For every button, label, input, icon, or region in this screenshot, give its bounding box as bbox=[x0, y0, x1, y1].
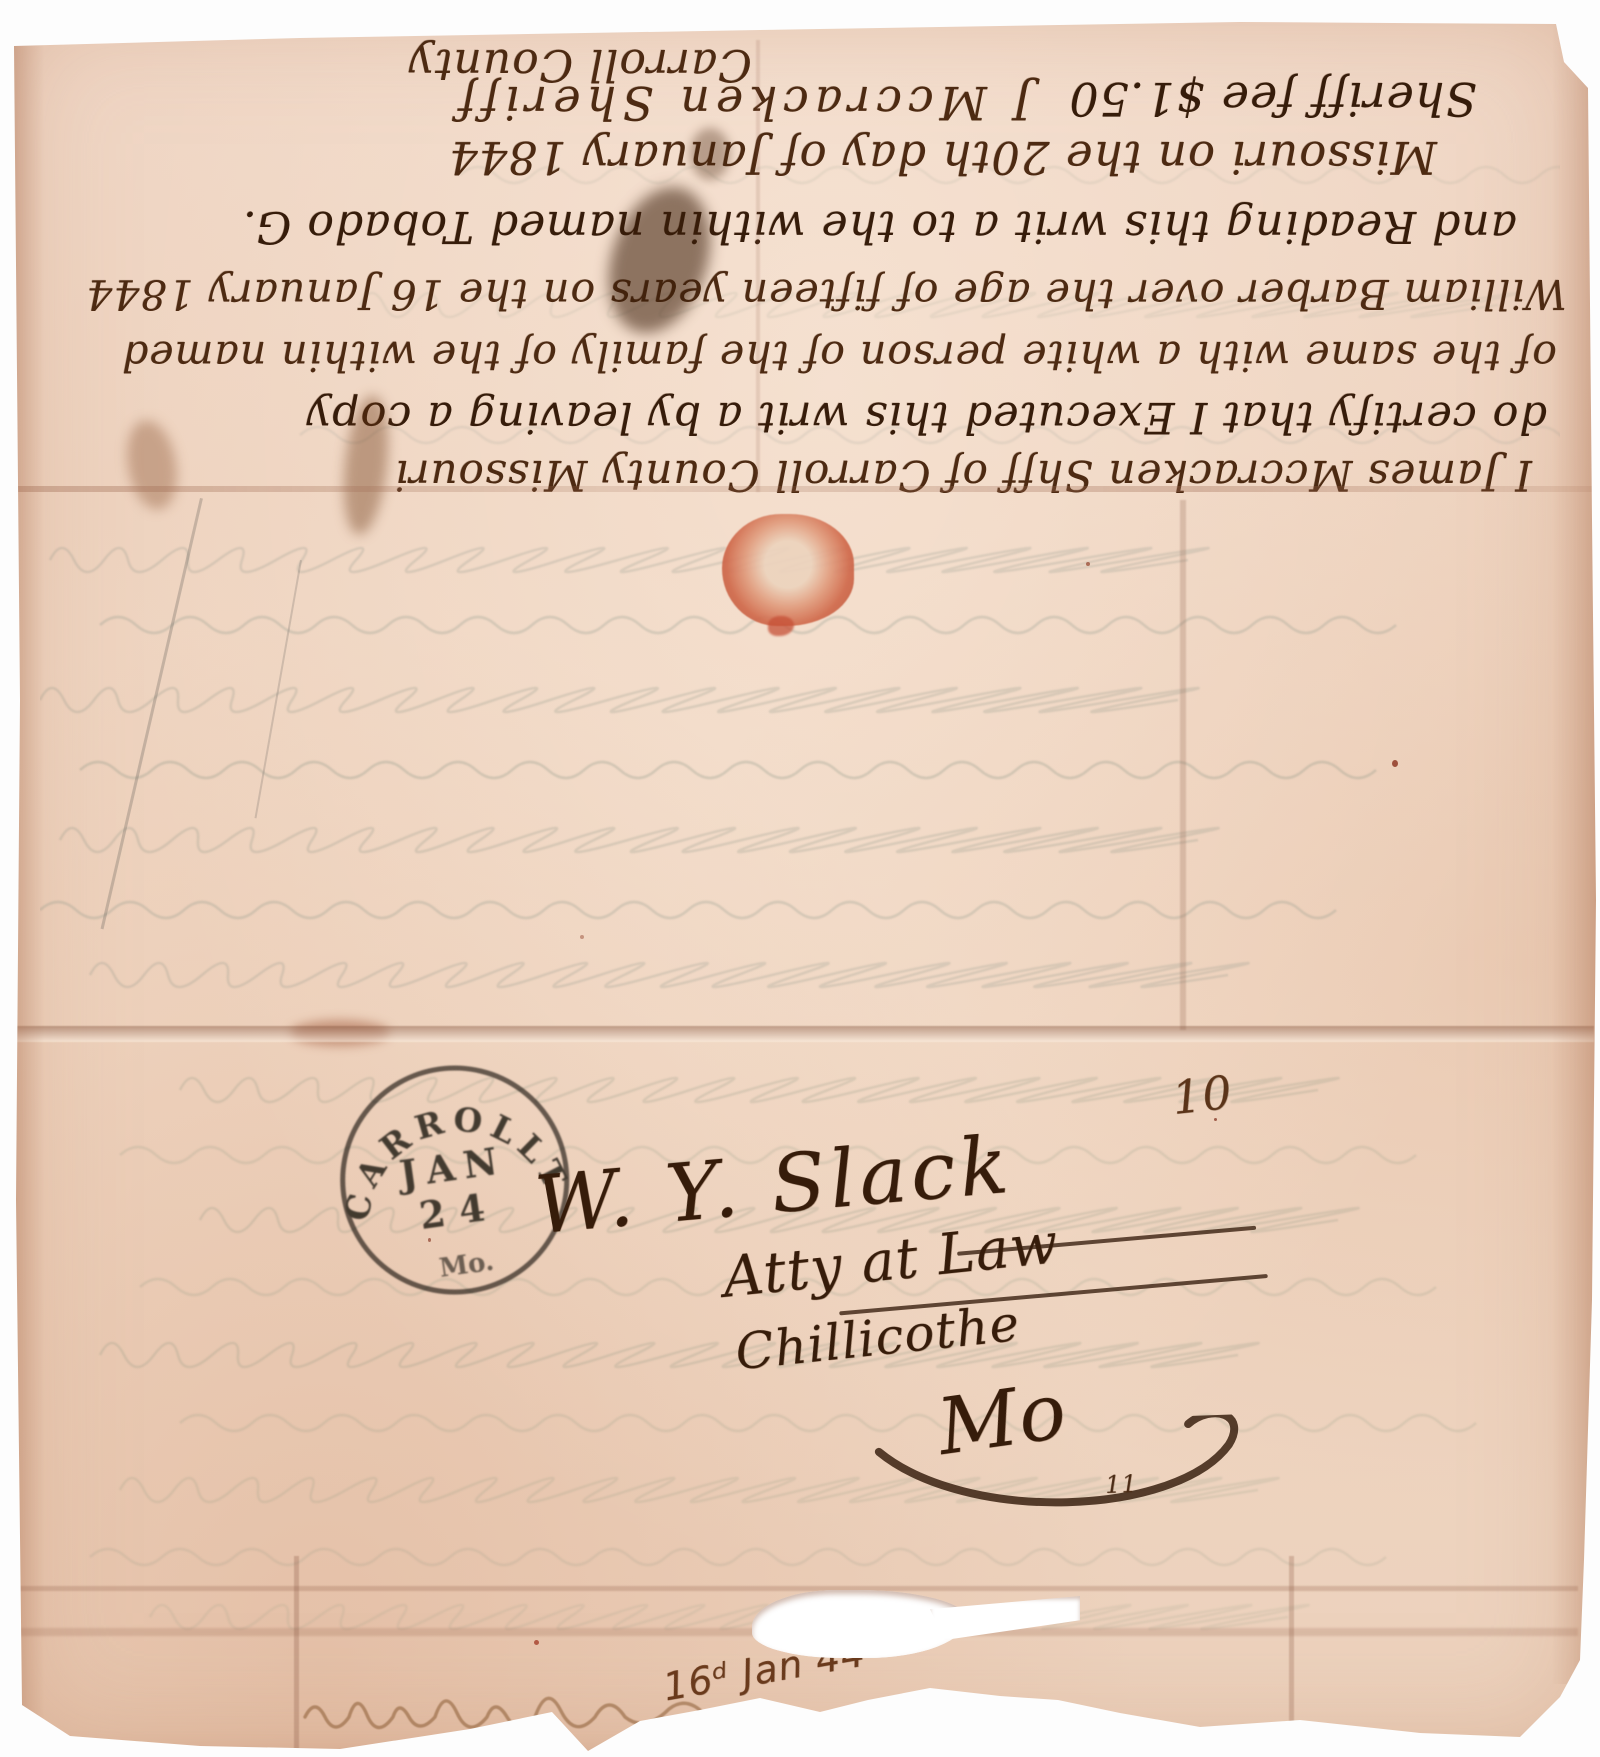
wax-seal bbox=[722, 514, 854, 626]
sheriff-return-line: Missouri on the 20th day of January 1844 bbox=[448, 131, 1437, 184]
address-tick-mark: 11 bbox=[1105, 1470, 1139, 1499]
foxing-speck bbox=[534, 1640, 539, 1645]
foxing-speck bbox=[580, 935, 584, 939]
sheriff-return-line: do certify that I Executed this writ a b… bbox=[306, 392, 1547, 442]
sheriff-return-docket: I James Mccracken Shff of Carroll County… bbox=[28, 38, 1572, 498]
sheriff-return-county: Carroll County bbox=[408, 39, 752, 90]
sheriff-return-line: of the same with a white person of the f… bbox=[121, 332, 1557, 380]
sheriff-return-line: William Barber over the age of fifteen y… bbox=[85, 270, 1567, 318]
address-block: W. Y. Slack Atty at Law Chillicothe Mo 1… bbox=[533, 1112, 1328, 1569]
postmark-state: Mo. bbox=[438, 1247, 496, 1284]
scan-background: I James Mccracken Shff of Carroll County… bbox=[0, 0, 1600, 1757]
sheriff-return-line: and Reading this writ a to the within na… bbox=[242, 201, 1517, 252]
pen-swash bbox=[873, 1414, 1257, 1557]
sheriff-return-fee: Sheriff fee $1.50 bbox=[1068, 72, 1477, 126]
foxing-speck bbox=[428, 1238, 431, 1242]
sheriff-return-line: I James Mccracken Shff of Carroll County… bbox=[394, 451, 1532, 500]
postmark-day: 24 bbox=[417, 1183, 502, 1238]
foxing-speck bbox=[1214, 1118, 1217, 1121]
letter-paper: I James Mccracken Shff of Carroll County… bbox=[0, 0, 1600, 1757]
foxing-speck bbox=[1086, 562, 1090, 566]
foxing-speck bbox=[1392, 760, 1398, 767]
